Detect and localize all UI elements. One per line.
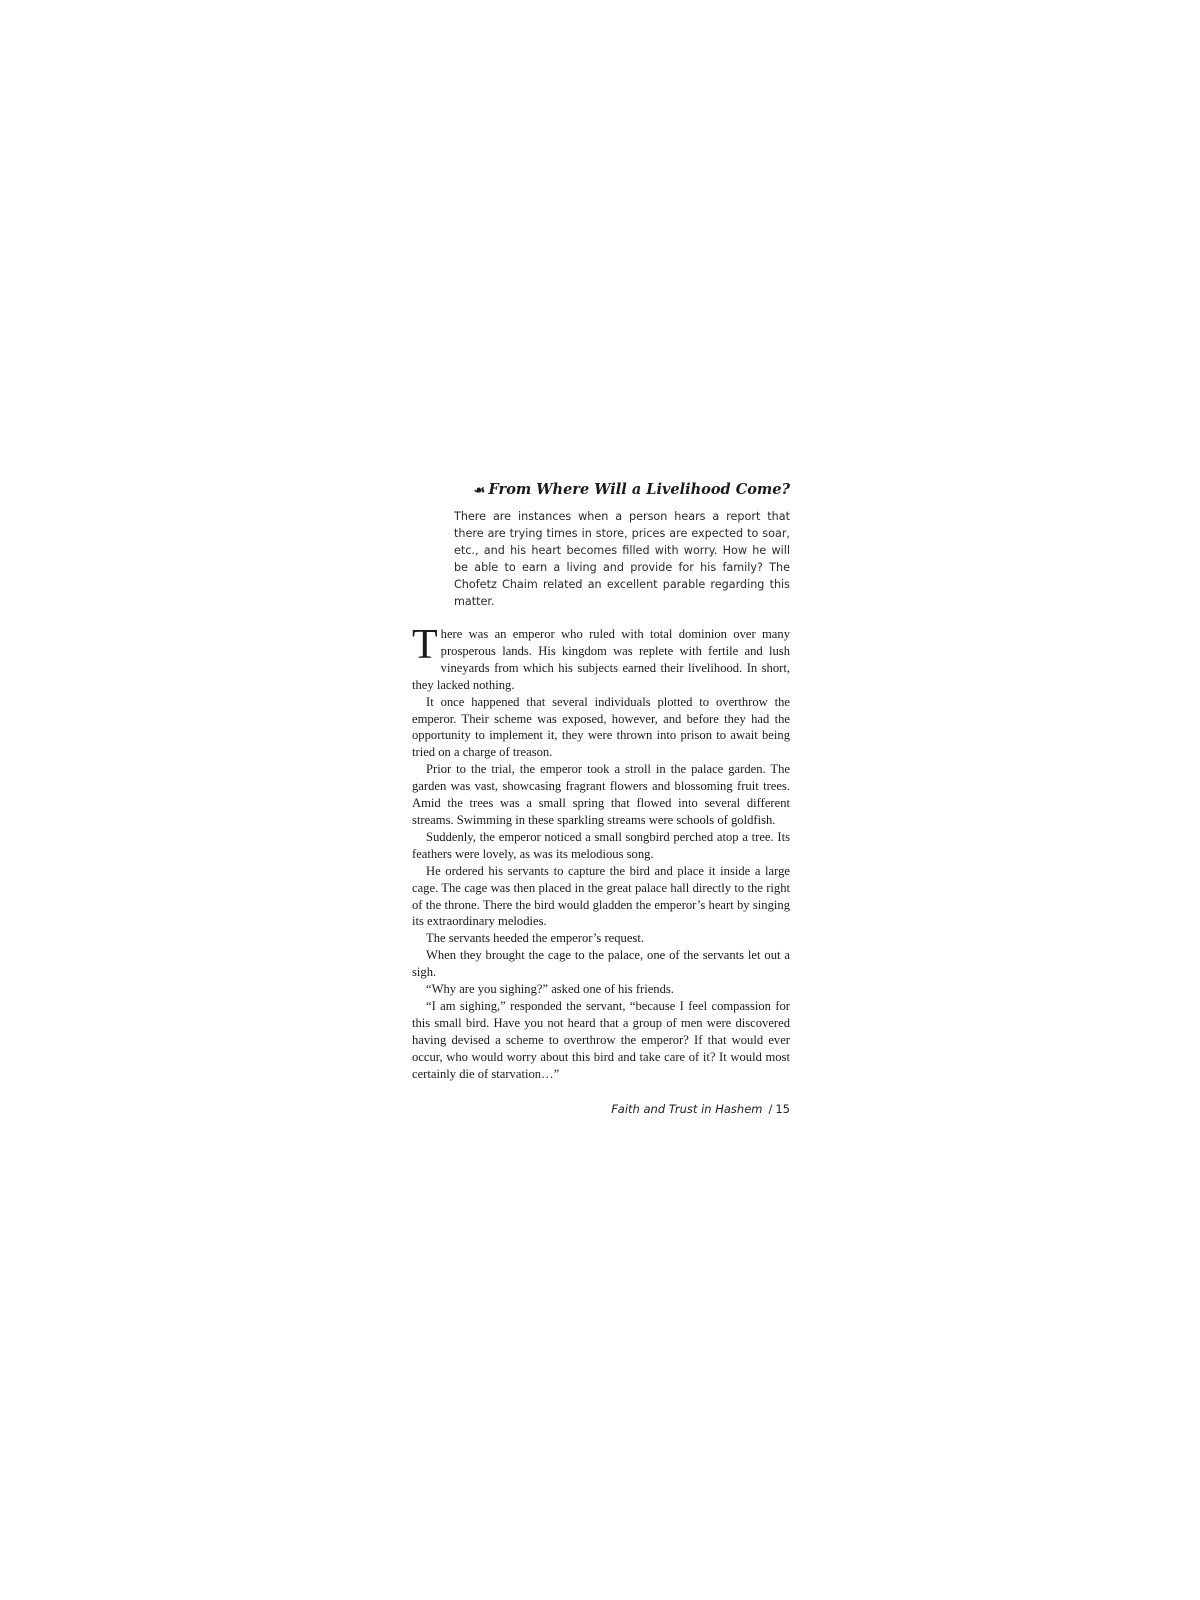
body-paragraph: It once happened that several individual… bbox=[412, 694, 790, 762]
footer-separator: / bbox=[768, 1102, 772, 1116]
body-paragraph: Suddenly, the emperor noticed a small so… bbox=[412, 829, 790, 863]
running-footer: Faith and Trust in Hashem/15 bbox=[412, 1102, 790, 1116]
section-heading: ☙From Where Will a Livelihood Come? bbox=[412, 480, 790, 500]
intro-paragraph: There are instances when a person hears … bbox=[454, 508, 790, 610]
drop-cap: T bbox=[412, 628, 438, 661]
body-paragraph: There was an emperor who ruled with tota… bbox=[412, 626, 790, 694]
body-paragraph: The servants heeded the emperor’s reques… bbox=[412, 930, 790, 947]
body-paragraph: Prior to the trial, the emperor took a s… bbox=[412, 761, 790, 829]
body-paragraph: “Why are you sighing?” asked one of his … bbox=[412, 981, 790, 998]
paragraph-text: here was an emperor who ruled with total… bbox=[412, 627, 790, 692]
body-paragraph: “I am sighing,” responded the servant, “… bbox=[412, 998, 790, 1083]
body-text: There was an emperor who ruled with tota… bbox=[412, 626, 790, 1082]
body-paragraph: He ordered his servants to capture the b… bbox=[412, 863, 790, 931]
book-title: Faith and Trust in Hashem bbox=[611, 1102, 762, 1116]
fleuron-ornament-icon: ☙ bbox=[473, 480, 485, 500]
page-number: 15 bbox=[775, 1102, 790, 1116]
body-paragraph: When they brought the cage to the palace… bbox=[412, 947, 790, 981]
section-heading-text: From Where Will a Livelihood Come? bbox=[489, 481, 790, 498]
page-content: ☙From Where Will a Livelihood Come? Ther… bbox=[412, 480, 790, 1082]
